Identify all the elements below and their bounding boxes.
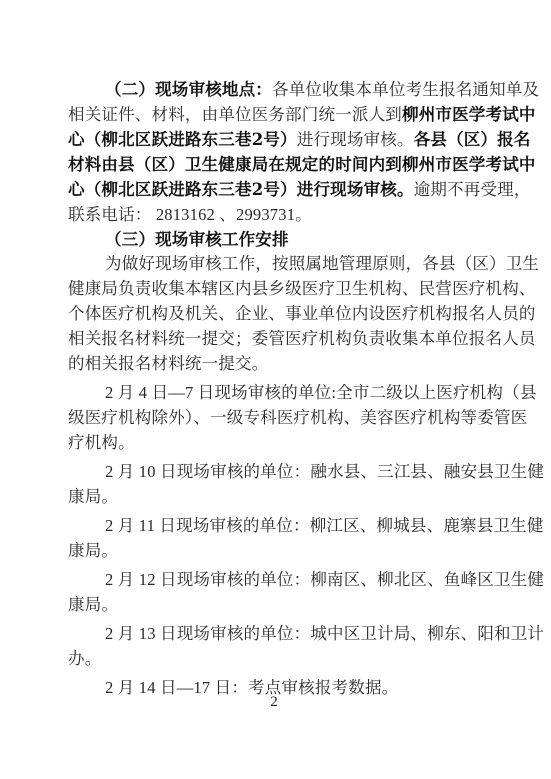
schedule-item-2-line-2: 康局。 [68, 486, 482, 508]
schedule-item-4-line-2: 康局。 [68, 594, 482, 616]
page-number: 2 [262, 694, 286, 711]
schedule-item-1-line-2: 级医疗机构除外）、一级专科医疗机构、美容医疗机构等委管医 [68, 407, 482, 429]
intro-line-4: 相关报名材料统一提交；委管医疗机构负责收集本单位报名人员 [68, 328, 482, 350]
schedule-item-1-line-1: 2 月 4 日—7 日现场审核的单位:全市二级以上医疗机构（县 [105, 382, 482, 404]
schedule-item-1-line-3: 疗机构。 [68, 432, 482, 454]
schedule-item-6-line-1: 2 月 14 日—17 日：考点审核报考数据。 [105, 677, 482, 699]
section-site-line-5: 心（柳北区跃进路东三巷2号）进行现场审核。逾期不再受理， [68, 179, 482, 201]
section-arrangement-heading: （三）现场审核工作安排 [105, 229, 482, 251]
intro-line-2: 健康局负责收集本辖区内县乡级医疗卫生机构、民营医疗机构、 [68, 278, 482, 300]
schedule-item-2-line-1: 2 月 10 日现场审核的单位：融水县、三江县、融安县卫生健 [105, 461, 482, 483]
section-site-line-1: （二）现场审核地点：各单位收集本单位考生报名通知单及 [105, 79, 482, 101]
section-site-line-4: 材料由县（区）卫生健康局在规定的时间内到柳州市医学考试中 [68, 154, 482, 176]
document-page: （二）现场审核地点：各单位收集本单位考生报名通知单及 相关证件、材料，由单位医务… [0, 0, 551, 779]
schedule-item-3-line-1: 2 月 11 日现场审核的单位：柳江区、柳城县、鹿寨县卫生健 [105, 515, 482, 537]
exam-center-address: 心（柳北区跃进路东三巷2号） [68, 130, 297, 149]
contact-phone-line: 联系电话： 2813162 、2993731。 [68, 204, 482, 226]
exam-center-name: 柳州市医学考试中 [402, 105, 536, 124]
contact-phone: 联系电话： 2813162 、2993731。 [68, 205, 312, 224]
section-site-heading: （二）现场审核地点： [105, 80, 272, 99]
schedule-item-3-line-2: 康局。 [68, 540, 482, 562]
intro-line-3: 个体医疗机构及机关、企业、事业单位内设医疗机构报名人员的 [68, 303, 482, 325]
intro-line-1: 为做好现场审核工作，按照属地管理原则，各县（区）卫生 [105, 253, 482, 275]
intro-line-5: 的相关报名材料统一提交。 [68, 353, 482, 375]
section-site-line-3: 心（柳北区跃进路东三巷2号）进行现场审核。各县（区）报名 [68, 129, 482, 151]
schedule-item-5-line-2: 办。 [68, 648, 482, 670]
schedule-item-4-line-1: 2 月 12 日现场审核的单位：柳南区、柳北区、鱼峰区卫生健 [105, 569, 482, 591]
section-site-line-2: 相关证件、材料，由单位医务部门统一派人到柳州市医学考试中 [68, 104, 482, 126]
schedule-item-5-line-1: 2 月 13 日现场审核的单位：城中区卫计局、柳东、阳和卫计 [105, 623, 482, 645]
